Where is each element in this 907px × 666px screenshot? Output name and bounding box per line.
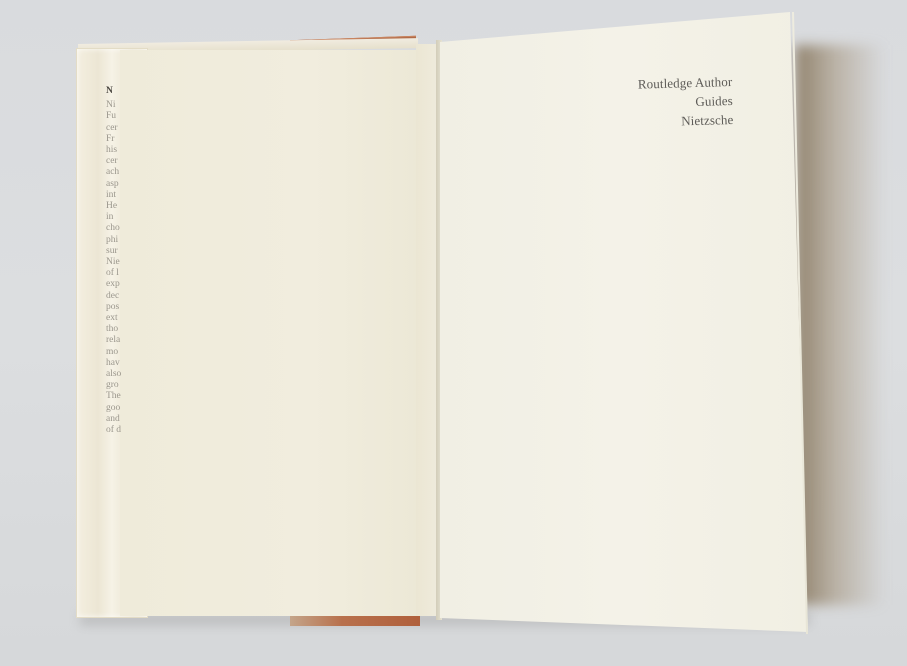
photo-scene: N Ni Fu cer Fr his cer ach asp int He in… (0, 0, 907, 666)
jacket-line: The (106, 391, 124, 402)
jacket-flap-text: N Ni Fu cer Fr his cer ach asp int He in… (106, 86, 124, 436)
jacket-line: He (106, 201, 124, 212)
jacket-line: and (106, 414, 124, 425)
jacket-line: exp (106, 279, 124, 290)
endpaper-fold (416, 44, 438, 616)
jacket-line: of l (106, 268, 124, 279)
jacket-line: of d (106, 425, 124, 436)
jacket-line: also (106, 369, 124, 380)
jacket-line: dec (106, 291, 124, 302)
series-title: Routledge Author Guides (600, 72, 733, 114)
jacket-line: cho (106, 223, 124, 234)
jacket-line: ext (106, 313, 124, 324)
jacket-line: ach (106, 167, 124, 178)
jacket-line: asp (106, 179, 124, 190)
jacket-line: his (106, 145, 124, 156)
jacket-line: Nie (106, 257, 124, 268)
jacket-line: hav (106, 358, 124, 369)
jacket-line: Fu (106, 111, 124, 122)
half-title-text: Routledge Author Guides Nietzsche (600, 72, 734, 133)
jacket-line: int (106, 190, 124, 201)
book-shadow-right (795, 45, 885, 605)
front-endpaper (120, 50, 440, 616)
jacket-line: sur (106, 246, 124, 257)
jacket-line: cer (106, 156, 124, 167)
jacket-line: phi (106, 235, 124, 246)
jacket-line: tho (106, 324, 124, 335)
cloth-board-bottom-edge (290, 616, 420, 626)
jacket-line: cer (106, 123, 124, 134)
jacket-line: gro (106, 380, 124, 391)
jacket-line: Fr (106, 134, 124, 145)
jacket-heading: N (106, 86, 124, 97)
jacket-line: in (106, 212, 124, 223)
jacket-line: Ni (106, 100, 124, 111)
jacket-line: pos (106, 302, 124, 313)
jacket-line: goo (106, 403, 124, 414)
jacket-line: rela (106, 335, 124, 346)
book-subject: Nietzsche (601, 110, 733, 133)
jacket-line: mo (106, 347, 124, 358)
